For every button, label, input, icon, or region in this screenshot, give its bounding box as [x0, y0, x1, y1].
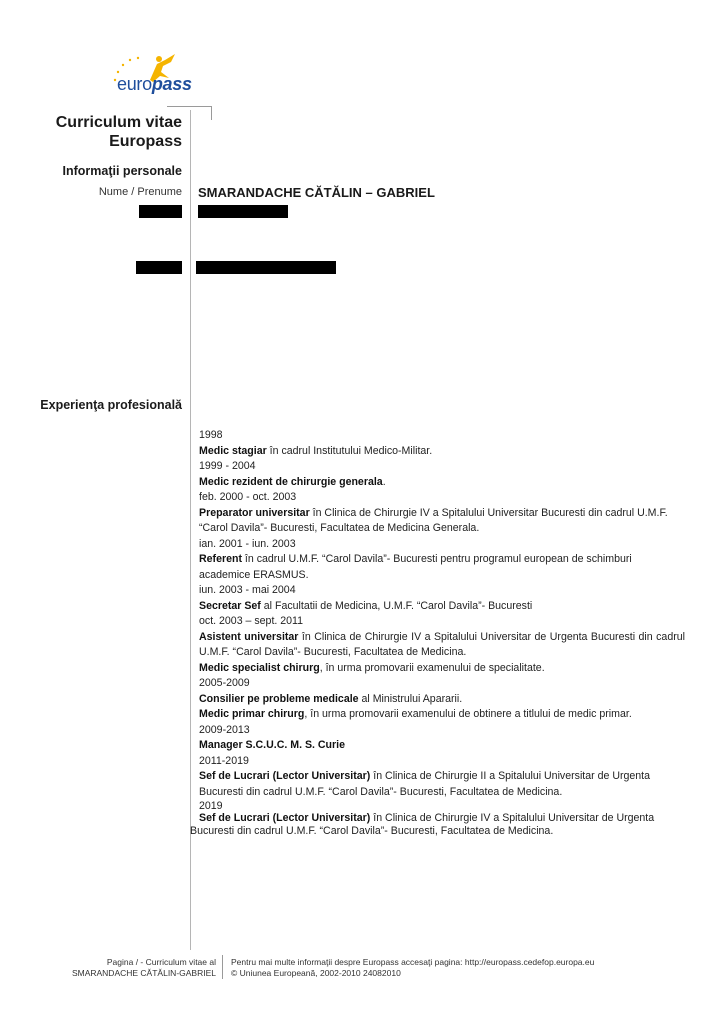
document-title: Curriculum vitae Europass — [56, 113, 182, 151]
name-value: SMARANDACHE CĂTĂLIN – GABRIEL — [198, 185, 435, 200]
entry-desc: Manager S.C.U.C. M. S. Curie — [199, 738, 685, 754]
entry-date: feb. 2000 - oct. 2003 — [199, 490, 685, 506]
logo-text: europass — [117, 74, 192, 95]
experience-list: 1998 Medic stagiar în cadrul Institutulu… — [199, 428, 685, 838]
entry-date: ian. 2001 - iun. 2003 — [199, 537, 685, 553]
footer-owner-name: SMARANDACHE CĂTĂLIN-GABRIEL — [72, 968, 216, 979]
footer-page-info: Pagina / - Curriculum vitae al SMARANDAC… — [72, 957, 216, 979]
entry-desc: Medic specialist chirurg, în urma promov… — [199, 661, 685, 677]
entry-date: 2011-2019 — [199, 754, 685, 770]
footer-page-label: Pagina / - Curriculum vitae al — [72, 957, 216, 968]
section-experience: Experienţa profesională — [40, 398, 182, 412]
entry-desc: Secretar Sef al Facultatii de Medicina, … — [199, 599, 685, 615]
logo-rule — [167, 106, 211, 107]
europass-logo: europass — [95, 50, 215, 105]
entry-date: oct. 2003 – sept. 2011 — [199, 614, 685, 630]
entry-date: iun. 2003 - mai 2004 — [199, 583, 685, 599]
footer-info: Pentru mai multe informaţii despre Europ… — [231, 957, 594, 979]
entry-desc: Medic primar chirurg, în urma promovarii… — [199, 707, 685, 723]
footer-europass-link[interactable]: Pentru mai multe informaţii despre Europ… — [231, 957, 594, 968]
redacted-label — [136, 261, 182, 274]
entry-date: 2009-2013 — [199, 723, 685, 739]
logo-rule-vertical — [211, 106, 212, 120]
redacted-label — [139, 205, 182, 218]
redacted-value — [196, 261, 336, 274]
entry-desc: Medic stagiar în cadrul Institutului Med… — [199, 444, 685, 460]
footer-divider — [222, 955, 223, 979]
entry-desc: Preparator universitar în Clinica de Chi… — [199, 506, 685, 537]
name-label: Nume / Prenume — [99, 186, 182, 198]
entry-date: 1999 - 2004 — [199, 459, 685, 475]
entry-date: 2019 — [199, 800, 685, 812]
entry-date: 1998 — [199, 428, 685, 444]
section-personal-info: Informaţii personale — [63, 164, 182, 178]
entry-desc-continued: Bucuresti din cadrul U.M.F. “Carol Davil… — [190, 825, 685, 838]
entry-desc: Consilier pe probleme medicale al Minist… — [199, 692, 685, 708]
entry-desc: Asistent universitar în Clinica de Chiru… — [199, 630, 685, 661]
entry-date: 2005-2009 — [199, 676, 685, 692]
column-divider — [190, 110, 191, 950]
title-line-1: Curriculum vitae — [56, 113, 182, 132]
redacted-value — [198, 205, 288, 218]
footer-copyright: © Uniunea Europeană, 2002-2010 24082010 — [231, 968, 594, 979]
entry-desc: Sef de Lucrari (Lector Universitar) în C… — [199, 769, 685, 800]
entry-desc: Referent în cadrul U.M.F. “Carol Davila”… — [199, 552, 685, 583]
entry-desc: Medic rezident de chirurgie generala. — [199, 475, 685, 491]
entry-desc: Sef de Lucrari (Lector Universitar) în C… — [199, 812, 685, 825]
title-line-2: Europass — [56, 132, 182, 151]
